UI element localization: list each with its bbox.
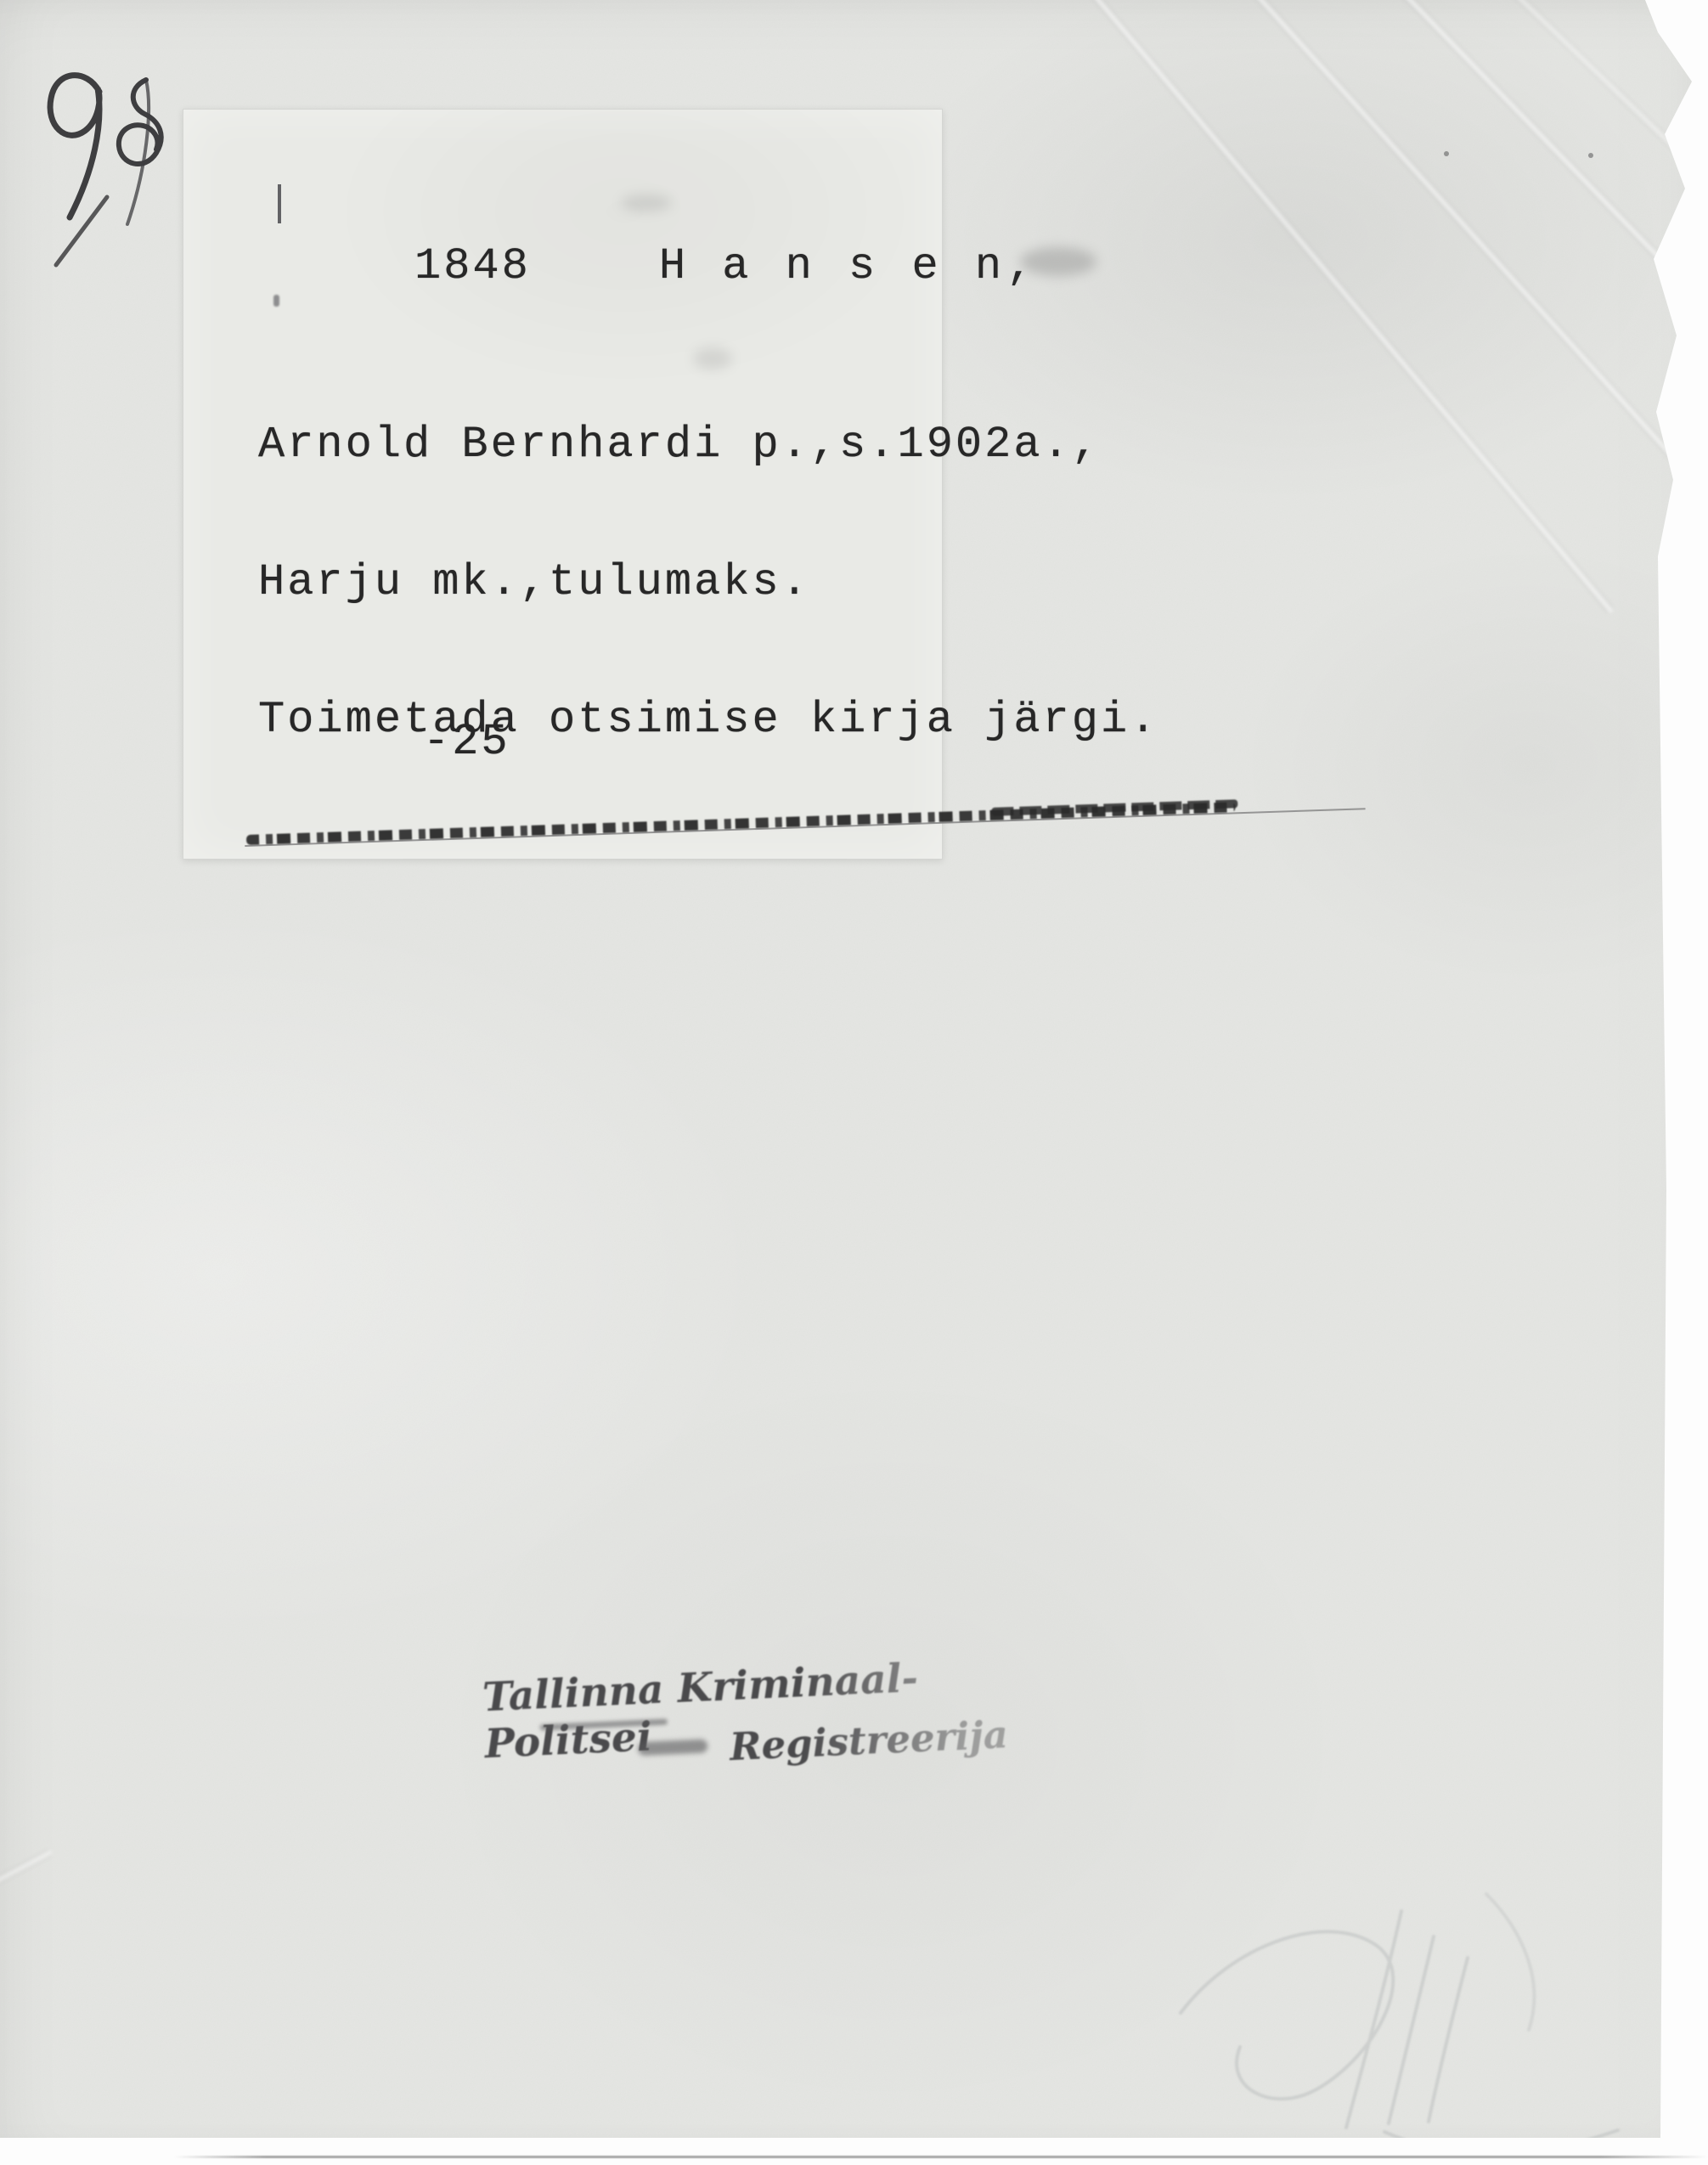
ink-smudge	[693, 347, 732, 369]
detail-line: Harju mk.,tulumaks.	[258, 560, 1158, 606]
scanned-paper-sheet: 1848H a n s e n, Arnold Bernhardi p.,s.1…	[0, 0, 1708, 2138]
office-stamp: Tallinna Kriminaal-Politsei Registreerij…	[471, 1648, 1072, 1811]
slip-detail-text: Arnold Bernhardi p.,s.1902a., Harju mk.,…	[258, 330, 1158, 835]
ink-speck	[1588, 153, 1593, 158]
signature-strokes	[1121, 1877, 1631, 2149]
ink-speck	[1444, 151, 1449, 156]
scan-edge-shadow	[174, 2156, 1708, 2158]
paper-crease	[0, 1847, 54, 1976]
surname: H a n s e n,	[659, 241, 1038, 291]
pencil-signature	[1121, 1877, 1631, 2149]
slip-edge-mark	[273, 295, 279, 307]
case-number: 1848	[414, 241, 531, 291]
year-note: -25	[423, 719, 510, 765]
detail-line: Toimetada otsimise kirja järgi.	[258, 697, 1158, 743]
detail-line: Arnold Bernhardi p.,s.1902a.,	[258, 422, 1158, 468]
slip-edge-mark	[278, 184, 281, 223]
ink-smudge	[621, 195, 672, 211]
paper-crease	[1505, 0, 1708, 286]
pasted-record-slip: 1848H a n s e n, Arnold Bernhardi p.,s.1…	[183, 109, 943, 860]
ink-smudge	[1020, 247, 1096, 276]
slip-header-line: 1848H a n s e n,	[414, 244, 1038, 290]
